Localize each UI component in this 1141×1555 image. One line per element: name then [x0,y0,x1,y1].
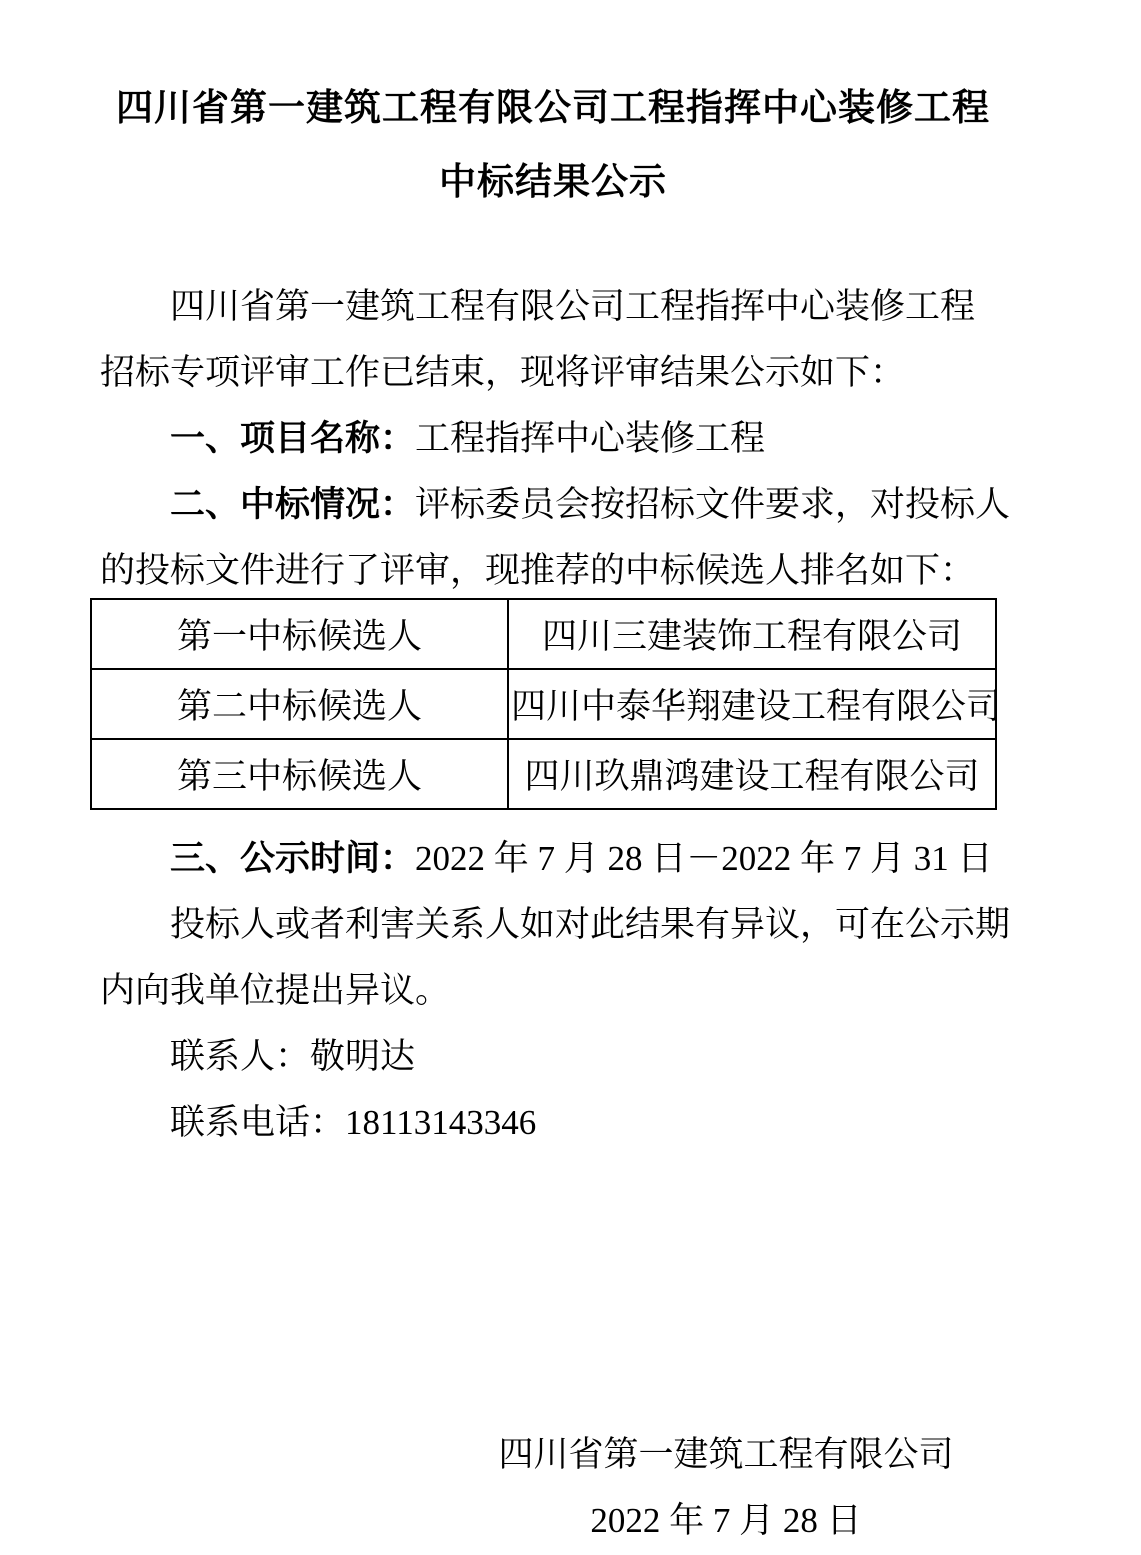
section-publicity-time-text: 2022 年 7 月 28 日－2022 年 7 月 31 日 [415,839,993,878]
contact-person-label: 联系人： [170,1037,310,1076]
bid-candidates-table: 第一中标候选人 四川三建装饰工程有限公司 第二中标候选人 四川中泰华翔建设工程有… [90,598,997,810]
signature-date: 2022 年 7 月 28 日 [446,1488,1006,1554]
candidate-company-cell: 四川玖鼎鸿建设工程有限公司 [508,739,996,809]
bid-candidates-table-body: 第一中标候选人 四川三建装饰工程有限公司 第二中标候选人 四川中泰华翔建设工程有… [91,599,996,809]
title-line-1: 四川省第一建筑工程有限公司工程指挥中心装修工程 [100,72,1006,146]
objection-line-2: 内向我单位提出异议。 [100,958,1006,1024]
signature-company: 四川省第一建筑工程有限公司 [446,1422,1006,1488]
document-page: 四川省第一建筑工程有限公司工程指挥中心装修工程 中标结果公示 四川省第一建筑工程… [0,0,1141,1555]
table-row-second-candidate: 第二中标候选人 四川中泰华翔建设工程有限公司 [91,669,996,739]
section-bid-result: 二、中标情况：评标委员会按招标文件要求，对投标人 的投标文件进行了评审，现推荐的… [100,472,1006,604]
document-title: 四川省第一建筑工程有限公司工程指挥中心装修工程 中标结果公示 [100,72,1006,220]
contact-person-value: 敬明达 [310,1037,415,1076]
signature-block: 四川省第一建筑工程有限公司 2022 年 7 月 28 日 [446,1422,1006,1554]
section-publicity-time: 三、公示时间：2022 年 7 月 28 日－2022 年 7 月 31 日 [100,826,1006,892]
section-bid-result-line-2: 的投标文件进行了评审，现推荐的中标候选人排名如下： [100,538,1006,604]
section-project-name-text: 工程指挥中心装修工程 [415,419,765,458]
intro-line-2: 招标专项评审工作已结束，现将评审结果公示如下： [100,340,1006,406]
contact-phone-label: 联系电话： [170,1103,345,1142]
candidate-rank-cell: 第二中标候选人 [91,669,508,739]
candidate-rank-cell: 第一中标候选人 [91,599,508,669]
table-row-first-candidate: 第一中标候选人 四川三建装饰工程有限公司 [91,599,996,669]
section-publicity-time-label: 三、公示时间： [170,839,415,878]
section-bid-result-line-1: 二、中标情况：评标委员会按招标文件要求，对投标人 [100,472,1006,538]
section-project-name: 一、项目名称：工程指挥中心装修工程 [100,406,1006,472]
candidate-rank-cell: 第三中标候选人 [91,739,508,809]
title-line-2: 中标结果公示 [100,146,1006,220]
contact-person-line: 联系人：敬明达 [100,1024,1006,1090]
section-bid-result-text-1: 评标委员会按招标文件要求，对投标人 [415,485,1010,524]
section-bid-result-label: 二、中标情况： [170,485,415,524]
section-project-name-label: 一、项目名称： [170,419,415,458]
intro-line-1: 四川省第一建筑工程有限公司工程指挥中心装修工程 [100,274,1006,340]
contact-phone-value: 18113143346 [345,1103,536,1142]
objection-paragraph: 投标人或者利害关系人如对此结果有异议，可在公示期 内向我单位提出异议。 [100,892,1006,1024]
table-row-third-candidate: 第三中标候选人 四川玖鼎鸿建设工程有限公司 [91,739,996,809]
contact-phone-line: 联系电话：18113143346 [100,1090,1006,1156]
candidate-company-cell: 四川三建装饰工程有限公司 [508,599,996,669]
intro-paragraph: 四川省第一建筑工程有限公司工程指挥中心装修工程 招标专项评审工作已结束，现将评审… [100,274,1006,406]
document-content: 四川省第一建筑工程有限公司工程指挥中心装修工程 中标结果公示 四川省第一建筑工程… [0,0,1141,1554]
candidate-company-cell: 四川中泰华翔建设工程有限公司 [508,669,996,739]
objection-line-1: 投标人或者利害关系人如对此结果有异议，可在公示期 [100,892,1006,958]
